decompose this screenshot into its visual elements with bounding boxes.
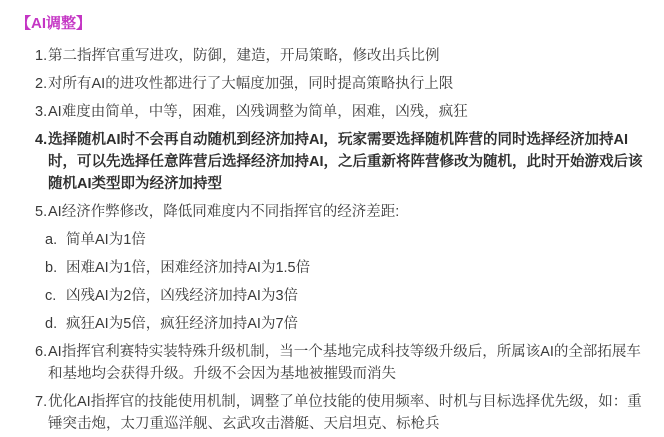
list-subitem-b: b. 困难AI为1倍，困难经济加持AI为1.5倍 — [45, 257, 644, 279]
list-item-marker: 3. — [35, 101, 48, 123]
list-item-6: 6. AI指挥官利赛特实装特殊升级机制，当一个基地完成科技等级升级后，所属该AI… — [35, 341, 644, 385]
list-item-marker: 6. — [35, 341, 48, 363]
list-item-3: 3. AI难度由简单，中等，困难，凶残调整为简单，困难，凶残，疯狂 — [35, 101, 644, 123]
list-item-text: AI指挥官利赛特实装特殊升级机制，当一个基地完成科技等级升级后，所属该AI的全部… — [48, 341, 644, 385]
list-item-text: 优化AI指挥官的技能使用机制，调整了单位技能的使用频率、时机与目标选择优先级，如… — [48, 391, 644, 435]
document: 【AI调整】 1. 第二指挥官重写进攻，防御，建造，开局策略，修改出兵比例 2.… — [0, 0, 664, 435]
list-subitem-d: d. 疯狂AI为5倍，疯狂经济加持AI为7倍 — [45, 313, 644, 335]
list-item-marker: 7. — [35, 391, 48, 413]
list-item-text: 疯狂AI为5倍，疯狂经济加持AI为7倍 — [66, 313, 644, 335]
list-item-marker: a. — [45, 229, 66, 251]
list-item-text: AI难度由简单，中等，困难，凶残调整为简单，困难，凶残，疯狂 — [48, 101, 644, 123]
list-item-marker: 4. — [35, 129, 48, 151]
list-item-text: 第二指挥官重写进攻，防御，建造，开局策略，修改出兵比例 — [48, 45, 644, 67]
list-item-text: 困难AI为1倍，困难经济加持AI为1.5倍 — [66, 257, 644, 279]
list-item-text: 对所有AI的进攻性都进行了大幅度加强，同时提高策略执行上限 — [48, 73, 644, 95]
list-item-marker: b. — [45, 257, 66, 279]
list-item-marker: d. — [45, 313, 66, 335]
list-item-1: 1. 第二指挥官重写进攻，防御，建造，开局策略，修改出兵比例 — [35, 45, 644, 67]
list-item-marker: 5. — [35, 201, 48, 223]
list-item-text: 简单AI为1倍 — [66, 229, 644, 251]
list-item-text: AI经济作弊修改，降低同难度内不同指挥官的经济差距: — [48, 201, 644, 223]
list-item-5: 5. AI经济作弊修改，降低同难度内不同指挥官的经济差距: — [35, 201, 644, 223]
list-item-marker: 1. — [35, 45, 48, 67]
list-subitem-c: c. 凶残AI为2倍，凶残经济加持AI为3倍 — [45, 285, 644, 307]
list-item-4: 4. 选择随机AI时不会再自动随机到经济加持AI，玩家需要选择随机阵营的同时选择… — [35, 129, 644, 195]
list-item-2: 2. 对所有AI的进攻性都进行了大幅度加强，同时提高策略执行上限 — [35, 73, 644, 95]
list-item-text: 选择随机AI时不会再自动随机到经济加持AI，玩家需要选择随机阵营的同时选择经济加… — [48, 129, 644, 195]
list-item-marker: c. — [45, 285, 66, 307]
list-item-7: 7. 优化AI指挥官的技能使用机制，调整了单位技能的使用频率、时机与目标选择优先… — [35, 391, 644, 435]
section-heading: 【AI调整】 — [16, 13, 644, 34]
list-item-marker: 2. — [35, 73, 48, 95]
list-item-text: 凶残AI为2倍，凶残经济加持AI为3倍 — [66, 285, 644, 307]
list-subitem-a: a. 简单AI为1倍 — [45, 229, 644, 251]
